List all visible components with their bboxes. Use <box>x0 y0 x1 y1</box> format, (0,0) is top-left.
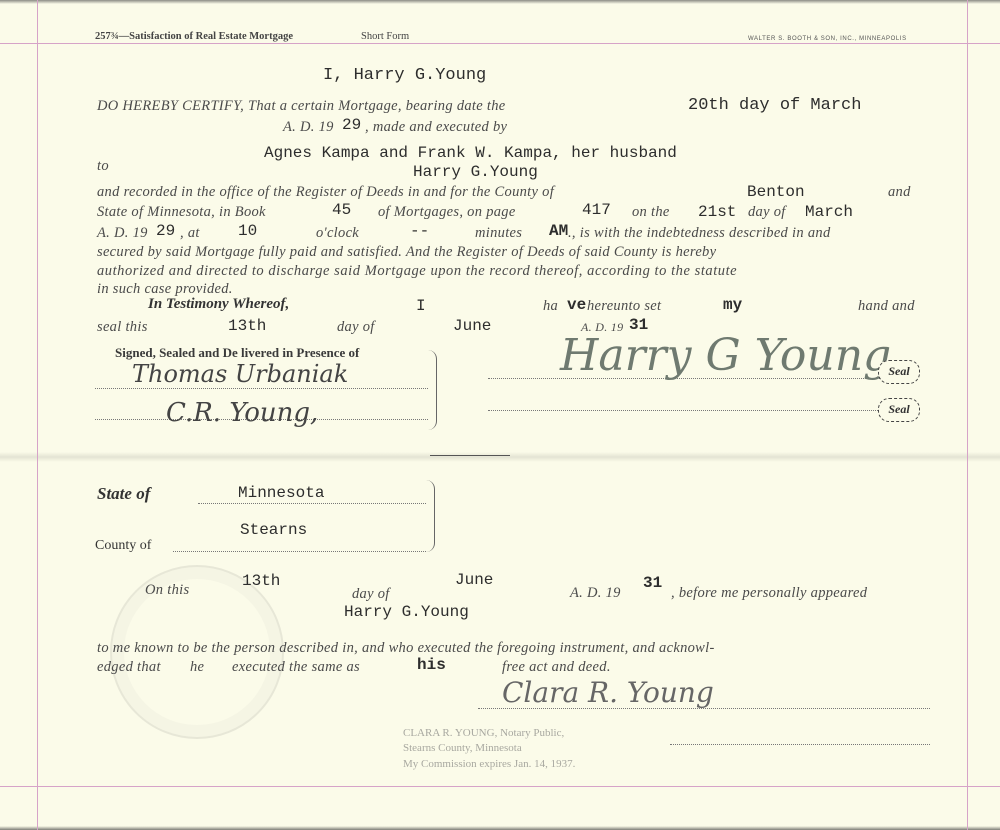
left-margin-rule <box>37 0 38 830</box>
testimony-day: 13th <box>228 317 266 335</box>
ack-county: Stearns <box>240 521 307 539</box>
witness-brace <box>428 350 437 430</box>
mortgagee: Harry G.Young <box>413 163 538 181</box>
county-label: County of <box>95 538 151 554</box>
testimony-heading: In Testimony Whereof, <box>148 296 289 313</box>
ack-year: 31 <box>643 574 662 592</box>
ack-day-of: day of <box>352 586 390 603</box>
testimony-month: June <box>453 317 491 335</box>
seal-this-text: seal this <box>97 319 148 336</box>
testimony-day-of: day of <box>337 319 375 336</box>
ha-label: ha <box>543 298 558 315</box>
witness-1-signature: Thomas Urbaniak <box>132 360 348 388</box>
record-day: 21st <box>698 203 736 221</box>
known-text: to me known to be the person described i… <box>97 640 715 657</box>
ack-person: Harry G.Young <box>344 603 469 621</box>
paper-fold-crease <box>0 452 1000 462</box>
testimony-pronoun: I <box>416 297 426 315</box>
form-title: 257¾—Satisfaction of Real Estate Mortgag… <box>95 31 293 42</box>
signer-signature: Harry G Young <box>560 330 891 381</box>
edged-that-text: edged that <box>97 659 161 676</box>
ack-day: 13th <box>242 572 280 590</box>
authorized-text: authorized and directed to discharge sai… <box>97 263 737 280</box>
testimony-possessive: my <box>723 296 742 314</box>
ack-state: Minnesota <box>238 484 324 502</box>
record-county: Benton <box>747 183 805 201</box>
state-book-text: State of Minnesota, in Book <box>97 204 266 221</box>
ad-label-2: A. D. 19 <box>97 225 148 242</box>
state-line <box>198 503 426 504</box>
mortgage-date: 20th day of March <box>688 96 861 115</box>
made-executed-text: , made and executed by <box>365 119 507 136</box>
mortgage-year: 29 <box>342 116 361 134</box>
state-label: State of <box>97 484 150 504</box>
notary-stamp-commission: My Commission expires Jan. 14, 1937. <box>403 758 575 770</box>
notary-signature: Clara R. Young <box>502 676 714 709</box>
paper-bottom-edge <box>0 826 1000 830</box>
mortgagors: Agnes Kampa and Frank W. Kampa, her husb… <box>264 144 677 162</box>
to-label: to <box>97 158 109 175</box>
hereunto-set-text: hereunto set <box>587 298 661 315</box>
certifier-name: I, Harry G.Young <box>323 66 486 85</box>
ack-possessive: his <box>417 656 446 674</box>
ack-ad-label: A. D. 19 <box>570 585 621 602</box>
recorded-text: and recorded in the office of the Regist… <box>97 184 554 201</box>
have-suffix: ve <box>567 296 586 314</box>
on-this-label: On this <box>145 582 189 599</box>
secured-text: secured by said Mortgage fully paid and … <box>97 244 716 261</box>
meridiem: AM <box>549 222 568 240</box>
of-mortgages-text: of Mortgages, on page <box>378 204 516 221</box>
witness-line-1 <box>95 388 428 389</box>
paper-top-edge <box>0 0 1000 4</box>
seal-2: Seal <box>878 398 920 422</box>
header-rule <box>0 43 1000 44</box>
right-margin-rule <box>967 0 968 830</box>
indebtedness-text: ., is with the indebtedness described in… <box>568 225 831 242</box>
witness-2-signature: C.R. Young, <box>166 398 318 428</box>
book-number: 45 <box>332 201 351 219</box>
record-month: March <box>805 203 853 221</box>
day-of-text: day of <box>748 204 786 221</box>
free-act-text: free act and deed. <box>502 659 611 676</box>
minutes-label: minutes <box>475 225 522 242</box>
notary-stamp-name: CLARA R. YOUNG, Notary Public, <box>403 727 564 739</box>
county-line <box>173 551 426 552</box>
record-minutes: -- <box>410 222 429 240</box>
page-number: 417 <box>582 201 611 219</box>
record-year: 29 <box>156 222 175 240</box>
ad-label: A. D. 19 <box>283 119 334 136</box>
certify-text: DO HEREBY CERTIFY, That a certain Mortga… <box>97 98 506 115</box>
notary-second-line <box>670 744 930 745</box>
at-label: , at <box>180 225 200 242</box>
signature-line-2 <box>488 410 880 411</box>
oclock-label: o'clock <box>316 225 359 242</box>
witnesses-heading: Signed, Sealed and De livered in Presenc… <box>115 345 359 361</box>
notary-stamp-county: Stearns County, Minnesota <box>403 742 522 754</box>
printer-imprint: WALTER S. BOOTH & SON, INC., MINNEAPOLIS <box>748 36 907 42</box>
and-label: and <box>888 184 911 201</box>
footer-rule <box>0 786 1000 787</box>
ack-pronoun: he <box>190 659 204 676</box>
record-hour: 10 <box>238 222 257 240</box>
executed-same-text: executed the same as <box>232 659 360 676</box>
on-the-text: on the <box>632 204 670 221</box>
appeared-text: , before me personally appeared <box>671 585 867 602</box>
venue-brace <box>426 480 435 552</box>
ack-month: June <box>455 571 493 589</box>
form-type: Short Form <box>361 31 409 42</box>
hand-and-text: hand and <box>858 298 915 315</box>
separator-line <box>430 455 510 456</box>
seal-1: Seal <box>878 360 920 384</box>
